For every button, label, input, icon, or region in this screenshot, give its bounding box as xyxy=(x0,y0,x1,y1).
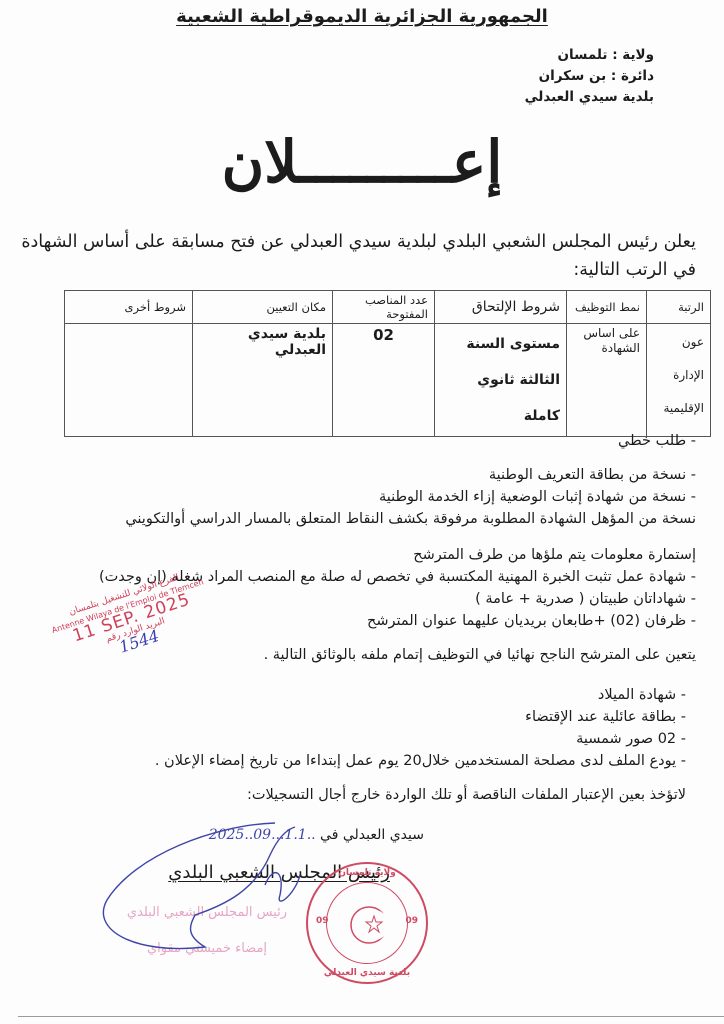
header-access-conditions: شروط الإلتحاق xyxy=(435,291,567,324)
rank-line: الإدارة xyxy=(653,359,704,392)
header-rank: الرتبة xyxy=(647,291,711,324)
daira-line: دائرة : بن سكران xyxy=(525,66,654,87)
notice-line: لاتؤخذ بعين الإعتبار الملفات الناقصة أو … xyxy=(16,784,686,806)
rank-line: الإقليمية xyxy=(653,392,704,425)
commune-line: بلدية سيدي العبدلي xyxy=(525,87,654,108)
administrative-header: ولاية : تلمسان دائرة : بن سكران بلدية سي… xyxy=(525,45,654,108)
document-item: إستمارة معلومات يتم ملؤها من طرف المترشح xyxy=(16,544,696,566)
header-assignment-place: مكان التعيين xyxy=(193,291,333,324)
cell-other-conditions xyxy=(65,324,193,437)
document-item: - نسخة من بطاقة التعريف الوطنية xyxy=(16,464,696,486)
access-line: مستوى السنة xyxy=(441,326,560,362)
seal-code-right: 09 xyxy=(405,916,418,926)
intro-paragraph: يعلن رئيس المجلس الشعبي البلدي لبلدية سي… xyxy=(16,228,696,284)
page-title: إعـــــــــلان xyxy=(0,128,724,196)
header-recruitment-mode: نمط التوظيف xyxy=(567,291,647,324)
page-bottom-edge xyxy=(18,1016,724,1017)
document-item: - شهادة عمل تثبت الخبرة المهنية المكتسبة… xyxy=(16,566,696,588)
crescent-star-emblem-icon xyxy=(344,900,394,950)
cell-open-positions: 02 xyxy=(333,324,435,437)
header-open-positions: عدد المناصب المفتوحة xyxy=(333,291,435,324)
document-item: نسخة من المؤهل الشهادة المطلوبة مرفوقة ب… xyxy=(16,508,696,530)
table-header-row: الرتبة نمط التوظيف شروط الإلتحاق عدد الم… xyxy=(65,291,711,324)
cell-assignment-place: بلدية سيدي العبدلي xyxy=(193,324,333,437)
wilaya-line: ولاية : تلمسان xyxy=(525,45,654,66)
document-item: - نسخة من شهادة إثبات الوضعية إزاء الخدم… xyxy=(16,486,696,508)
access-line: الثالثة ثانوي كاملة xyxy=(441,362,560,434)
republic-header: الجمهورية الجزائرية الديموقراطية الشعبية xyxy=(0,6,724,27)
seal-top-text: ولاية تلمسان xyxy=(308,868,426,878)
seal-code-left: 09 xyxy=(316,916,329,926)
announcement-page: الجمهورية الجزائرية الديموقراطية الشعبية… xyxy=(0,0,724,1024)
final-document-item: - 02 صور شمسية xyxy=(16,728,686,750)
cell-rank: عون الإدارة الإقليمية xyxy=(647,324,711,437)
cell-recruitment-mode: على اساس الشهادة xyxy=(567,324,647,437)
final-document-item: - يودع الملف لدى مصلحة المستخدمين خلال20… xyxy=(16,750,686,772)
document-item: - طلب خطي xyxy=(16,430,696,452)
positions-table: الرتبة نمط التوظيف شروط الإلتحاق عدد الم… xyxy=(64,290,711,437)
municipal-seal: 09 09 ولاية تلمسان بلدية سيدي العبدلي xyxy=(306,862,428,984)
seal-bottom-text: بلدية سيدي العبدلي xyxy=(308,968,426,978)
header-other-conditions: شروط أخرى xyxy=(65,291,193,324)
cell-access-conditions: مستوى السنة الثالثة ثانوي كاملة xyxy=(435,324,567,437)
rank-line: عون xyxy=(653,326,704,359)
final-document-item: - بطاقة عائلية عند الإقتضاء xyxy=(16,706,686,728)
table-row: عون الإدارة الإقليمية على اساس الشهادة م… xyxy=(65,324,711,437)
